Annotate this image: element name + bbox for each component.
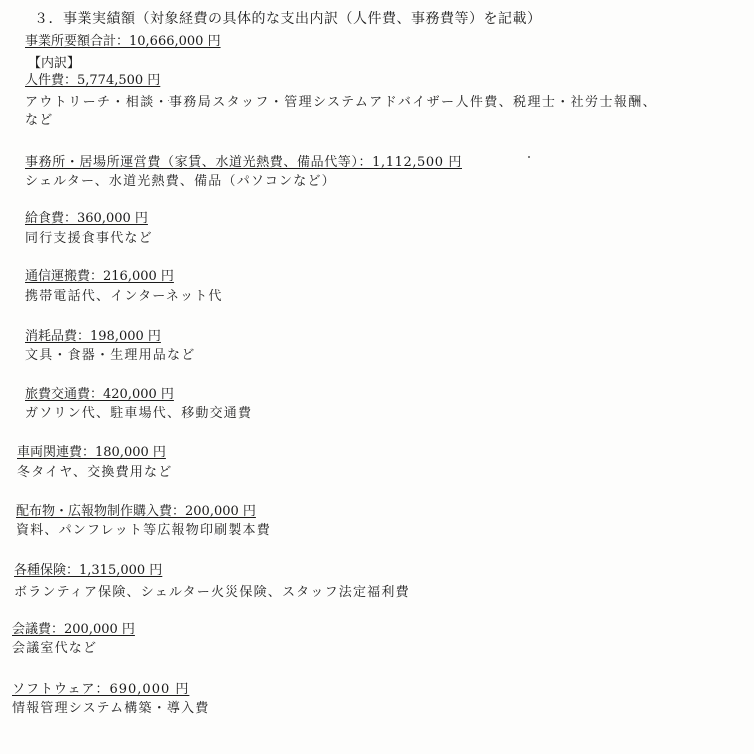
- total-amount: 事業所要額合計：10,666,000 円: [25, 33, 221, 51]
- item-description-personnel-cont: など: [25, 112, 53, 130]
- item-heading-office: 事務所・居場所運営費（家賃、水道光熱費、備品代等）：1,112,500 円: [25, 154, 462, 172]
- item-heading-publicity: 配布物・広報物制作購入費：200,000 円: [16, 503, 256, 521]
- scan-speck: [528, 156, 530, 158]
- scanned-document-page: ３．事業実績額（対象経費の具体的な支出内訳（人件費、事務費等）を記載） 事業所要…: [0, 0, 754, 754]
- item-heading-meetings: 会議費：200,000 円: [12, 621, 135, 639]
- item-description-meals: 同行支援食事代など: [25, 230, 153, 248]
- breakdown-label: 【内訳】: [28, 55, 80, 73]
- scan-speck: [168, 100, 169, 101]
- item-heading-software: ソフトウェア：690,000 円: [12, 681, 189, 699]
- item-description-personnel: アウトリーチ・相談・事務局スタッフ・管理システムアドバイザー人件費、税理士・社労…: [25, 94, 657, 112]
- item-description-communication: 携帯電話代、インターネット代: [25, 288, 223, 306]
- item-heading-personnel: 人件費：5,774,500 円: [25, 72, 160, 90]
- item-description-insurance: ボランティア保険、シェルター火災保険、スタッフ法定福利費: [14, 584, 410, 602]
- item-description-meetings: 会議室代など: [12, 640, 97, 658]
- item-heading-insurance: 各種保険：1,315,000 円: [14, 562, 162, 580]
- item-description-vehicle: 冬タイヤ、交換費用など: [17, 464, 172, 482]
- item-description-travel: ガソリン代、駐車場代、移動交通費: [25, 405, 252, 423]
- item-heading-travel: 旅費交通費：420,000 円: [25, 386, 174, 404]
- item-description-consumables: 文具・食器・生理用品など: [25, 347, 195, 365]
- item-description-software: 情報管理システム構築・導入費: [12, 700, 210, 718]
- section-title: ３．事業実績額（対象経費の具体的な支出内訳（人件費、事務費等）を記載）: [34, 10, 542, 28]
- item-heading-vehicle: 車両関連費：180,000 円: [17, 444, 166, 462]
- item-description-publicity: 資料、パンフレット等広報物印刷製本費: [16, 522, 271, 540]
- item-heading-meals: 給食費：360,000 円: [25, 210, 148, 228]
- item-description-office: シェルター、水道光熱費、備品（パソコンなど）: [25, 173, 336, 191]
- item-heading-consumables: 消耗品費：198,000 円: [25, 328, 161, 346]
- item-heading-communication: 通信運搬費：216,000 円: [25, 268, 174, 286]
